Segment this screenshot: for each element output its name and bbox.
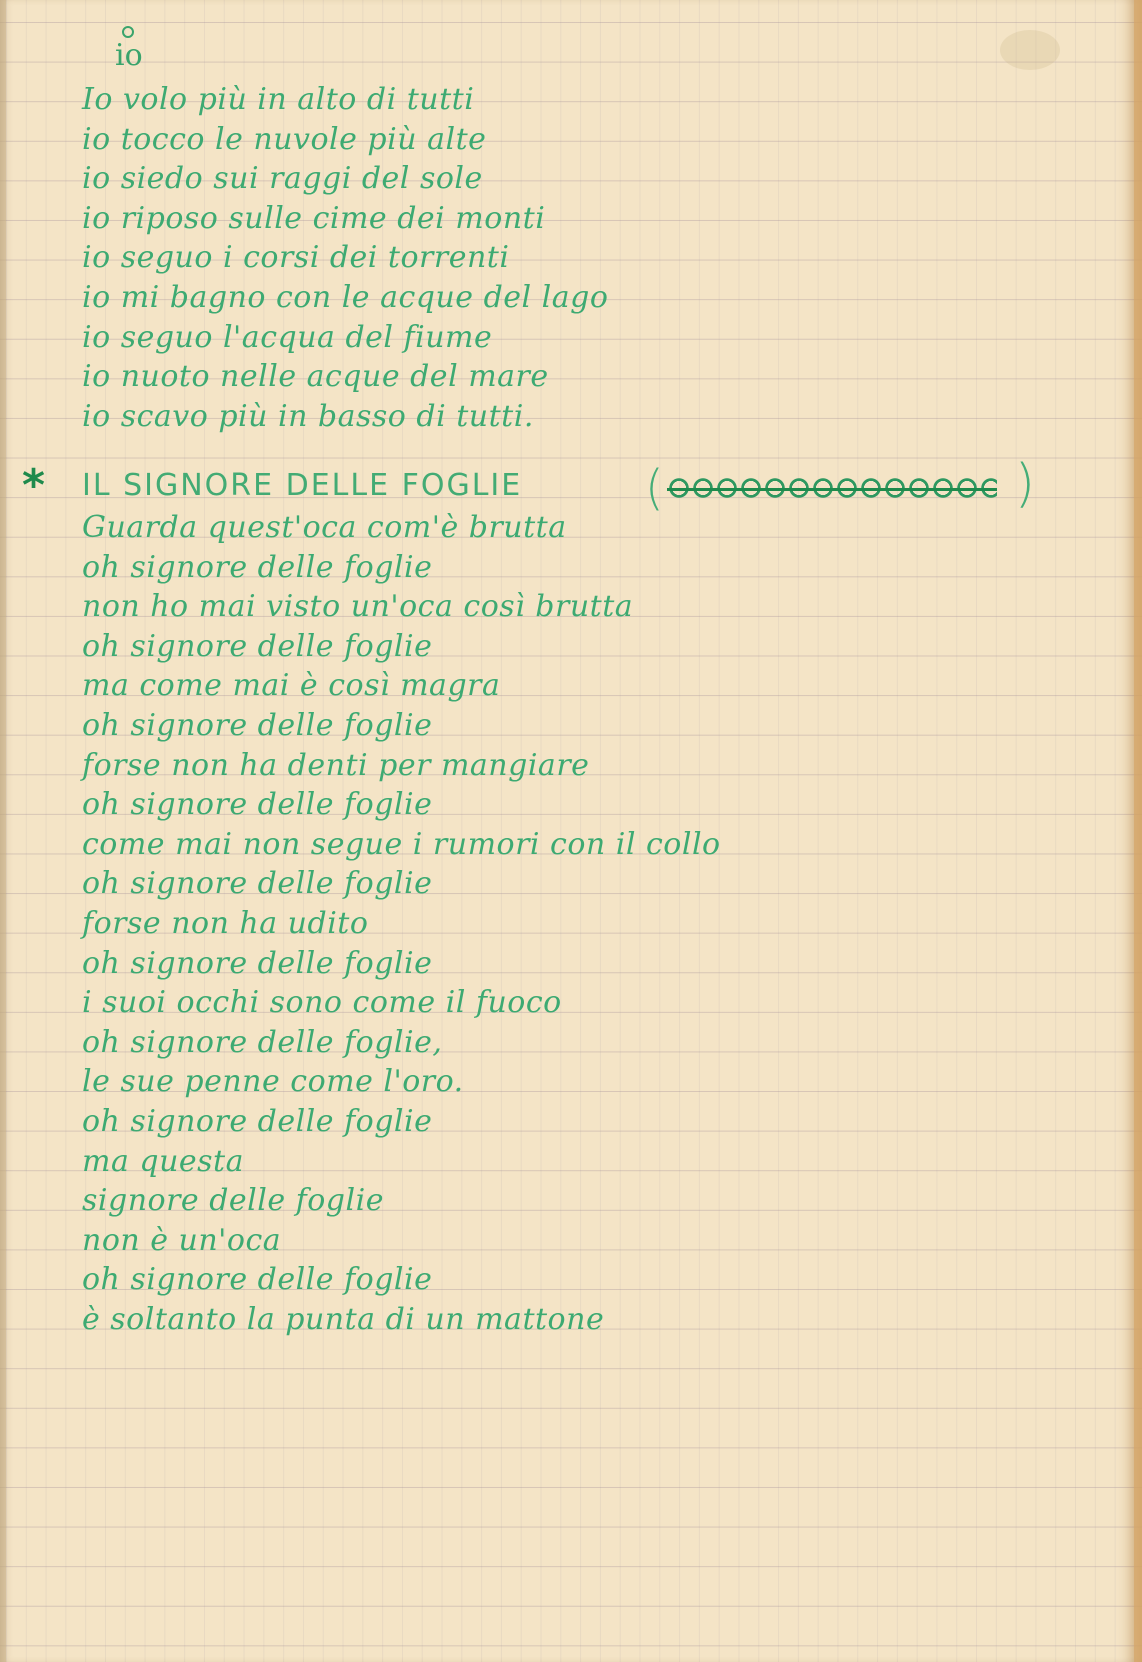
ring-mark-icon bbox=[122, 26, 134, 38]
poem-line: oh signore delle foglie bbox=[82, 944, 721, 984]
asterisk-marker-icon: * bbox=[22, 460, 45, 511]
poem-line: forse non ha udito bbox=[82, 904, 721, 944]
poem-line: io siedo sui raggi del sole bbox=[82, 159, 608, 199]
poem-line: Guarda quest'oca com'è brutta bbox=[82, 508, 721, 548]
poem-line: oh signore delle foglie, bbox=[82, 1023, 721, 1063]
poem-line: io scavo più in basso di tutti. bbox=[82, 397, 608, 437]
poem-line: io seguo i corsi dei torrenti bbox=[82, 238, 608, 278]
poem-line: io nuoto nelle acque del mare bbox=[82, 357, 608, 397]
poem-line: non ho mai visto un'oca così brutta bbox=[82, 587, 721, 627]
poem-line: è soltanto la punta di un mattone bbox=[82, 1300, 721, 1340]
poem-line: signore delle foglie bbox=[82, 1181, 721, 1221]
page-right-edge bbox=[1134, 0, 1142, 1662]
poem-line: ma come mai è così magra bbox=[82, 666, 721, 706]
poem-line: oh signore delle foglie bbox=[82, 1102, 721, 1142]
paper-stain bbox=[1000, 30, 1060, 70]
strikethrough-line bbox=[667, 488, 997, 491]
poem-line: ma questa bbox=[82, 1142, 721, 1182]
poem2-title: IL SIGNORE DELLE FOGLIE bbox=[82, 468, 522, 503]
poem-line: Io volo più in alto di tutti bbox=[82, 80, 608, 120]
poem2-body: Guarda quest'oca com'è brutta oh signore… bbox=[82, 508, 721, 1339]
poem-line: io tocco le nuvole più alte bbox=[82, 120, 608, 160]
poem-line: oh signore delle foglie bbox=[82, 1260, 721, 1300]
poem-line: oh signore delle foglie bbox=[82, 706, 721, 746]
poem-line: oh signore delle foglie bbox=[82, 627, 721, 667]
poem-line: io mi bagno con le acque del lago bbox=[82, 278, 608, 318]
notebook-page: io Io volo più in alto di tutti io tocco… bbox=[0, 0, 1142, 1662]
poem1-title: io bbox=[115, 38, 143, 73]
poem-line: non è un'oca bbox=[82, 1221, 721, 1261]
poem1-title-text: io bbox=[115, 38, 143, 73]
poem-line: come mai non segue i rumori con il collo bbox=[82, 825, 721, 865]
poem-line: oh signore delle foglie bbox=[82, 864, 721, 904]
close-paren: ) bbox=[1015, 454, 1035, 514]
poem-line: i suoi occhi sono come il fuoco bbox=[82, 983, 721, 1023]
poem1-body: Io volo più in alto di tutti io tocco le… bbox=[82, 80, 608, 436]
poem-line: le sue penne come l'oro. bbox=[82, 1062, 721, 1102]
poem-line: io riposo sulle cime dei monti bbox=[82, 199, 608, 239]
poem-line: forse non ha denti per mangiare bbox=[82, 746, 721, 786]
poem-line: oh signore delle foglie bbox=[82, 548, 721, 588]
poem-line: io seguo l'acqua del fiume bbox=[82, 318, 608, 358]
page-left-edge bbox=[0, 0, 6, 1662]
poem-line: oh signore delle foglie bbox=[82, 785, 721, 825]
